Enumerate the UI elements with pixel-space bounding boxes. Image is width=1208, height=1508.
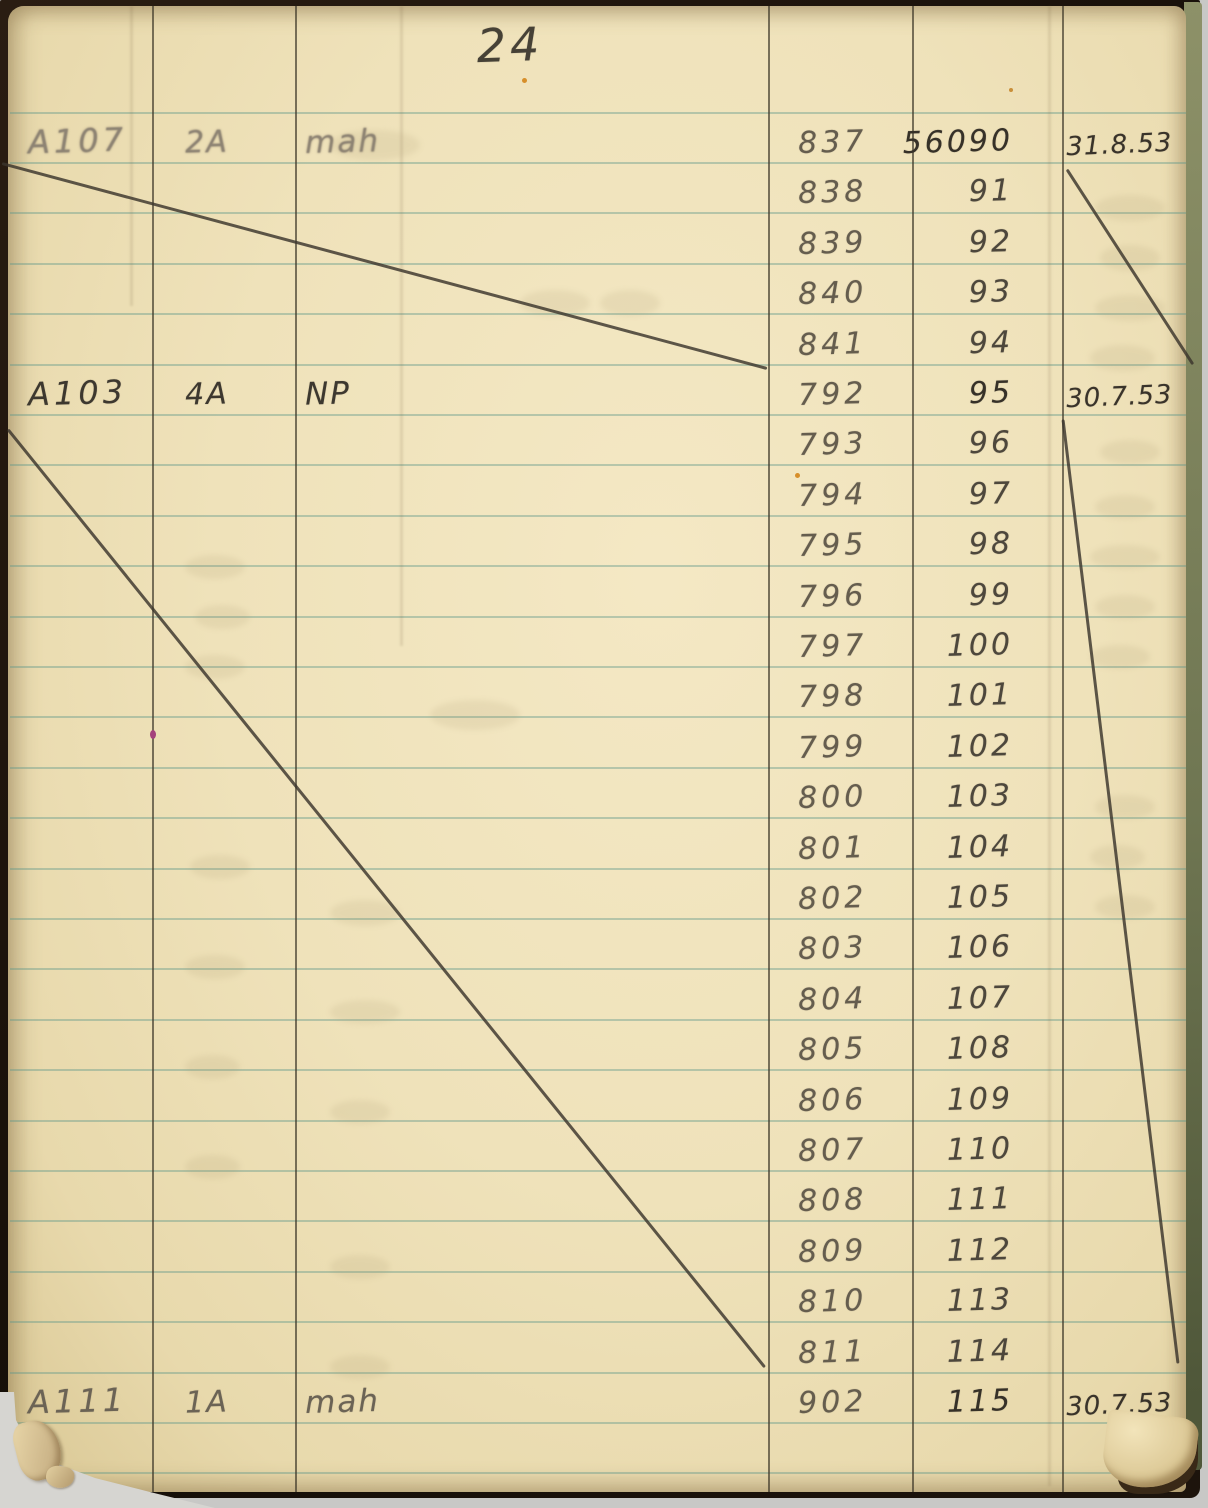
- serial-cell: 838: [797, 167, 867, 211]
- show-through-smudge: [1090, 545, 1160, 569]
- num-cell: 113: [872, 1275, 1013, 1321]
- show-through-smudge: [330, 1000, 400, 1024]
- show-through-smudge: [330, 1255, 390, 1279]
- num-cell: 98: [872, 519, 1013, 565]
- ref-cell: A111: [27, 1377, 127, 1422]
- horizontal-rule: [10, 1472, 1186, 1474]
- horizontal-rule: [10, 364, 1186, 366]
- serial-cell: 840: [797, 268, 867, 312]
- serial-cell: 795: [797, 520, 867, 564]
- show-through-smudge: [1095, 795, 1155, 819]
- column-rule: [152, 6, 154, 1492]
- num-cell: 97: [872, 469, 1013, 515]
- horizontal-rule: [10, 817, 1186, 819]
- serial-cell: 839: [797, 218, 867, 262]
- serial-cell: 809: [797, 1226, 867, 1270]
- serial-cell: 810: [797, 1276, 867, 1320]
- serial-cell: 902: [797, 1377, 867, 1421]
- serial-cell: 802: [797, 873, 867, 917]
- column-rule: [1062, 6, 1064, 1492]
- serial-cell: 797: [797, 621, 867, 665]
- show-through-smudge: [1095, 195, 1165, 221]
- horizontal-rule: [10, 162, 1186, 164]
- horizontal-rule: [10, 414, 1186, 416]
- num-cell: 112: [872, 1225, 1013, 1271]
- scanned-ledger-page: 24 A1072Amah8375609031.8.538389183992840…: [0, 0, 1208, 1508]
- num-cell: 105: [872, 872, 1013, 918]
- show-through-smudge: [190, 855, 250, 879]
- horizontal-rule: [10, 515, 1186, 517]
- paper-speck: [150, 730, 156, 739]
- serial-cell: 792: [797, 369, 867, 413]
- num-cell: 93: [872, 267, 1013, 313]
- num-cell: 99: [872, 570, 1013, 616]
- type-cell: mah: [304, 1377, 380, 1421]
- date-cell: 31.8.53: [1065, 116, 1173, 162]
- num-cell: 103: [872, 771, 1013, 817]
- serial-cell: 800: [797, 772, 867, 816]
- show-through-smudge: [1095, 595, 1155, 619]
- paper-crease: [130, 6, 133, 306]
- serial-cell: 798: [797, 671, 867, 715]
- num-cell: 109: [872, 1074, 1013, 1120]
- show-through-smudge: [600, 290, 660, 316]
- page-number: 24: [461, 14, 559, 75]
- num-cell: 106: [872, 922, 1013, 968]
- cls-cell: 1A: [184, 1377, 229, 1420]
- serial-cell: 841: [797, 319, 867, 363]
- num-cell: 96: [872, 418, 1013, 464]
- serial-cell: 801: [797, 823, 867, 867]
- horizontal-rule: [10, 1271, 1186, 1273]
- serial-cell: 793: [797, 419, 867, 463]
- horizontal-rule: [10, 918, 1186, 920]
- serial-cell: 799: [797, 722, 867, 766]
- show-through-smudge: [195, 605, 250, 629]
- type-cell: mah: [304, 117, 380, 161]
- column-rule: [295, 6, 297, 1492]
- serial-cell: 794: [797, 470, 867, 514]
- serial-cell: 796: [797, 571, 867, 615]
- paper-crease: [400, 6, 403, 646]
- horizontal-rule: [10, 1422, 1186, 1424]
- serial-cell: 811: [797, 1327, 867, 1371]
- show-through-smudge: [330, 1100, 390, 1124]
- horizontal-rule: [10, 1019, 1186, 1021]
- num-cell: 92: [872, 217, 1013, 263]
- serial-cell: 806: [797, 1075, 867, 1119]
- num-cell: 56090: [872, 116, 1013, 162]
- horizontal-rule: [10, 313, 1186, 315]
- show-through-smudge: [330, 1355, 390, 1379]
- show-through-smudge: [185, 955, 245, 979]
- horizontal-rule: [10, 263, 1186, 265]
- horizontal-rule: [10, 112, 1186, 114]
- serial-cell: 805: [797, 1024, 867, 1068]
- show-through-smudge: [430, 700, 520, 730]
- cls-cell: 2A: [184, 117, 229, 160]
- show-through-smudge: [1090, 645, 1150, 669]
- show-through-smudge: [185, 1055, 240, 1079]
- show-through-smudge: [1095, 495, 1155, 519]
- horizontal-rule: [10, 868, 1186, 870]
- num-cell: 94: [872, 318, 1013, 364]
- num-cell: 102: [872, 721, 1013, 767]
- serial-cell: 837: [797, 117, 867, 161]
- num-cell: 104: [872, 822, 1013, 868]
- serial-cell: 803: [797, 923, 867, 967]
- horizontal-rule: [10, 616, 1186, 618]
- ref-cell: A103: [27, 369, 127, 414]
- ref-cell: A107: [27, 117, 127, 162]
- show-through-smudge: [185, 555, 245, 579]
- num-cell: 95: [872, 368, 1013, 414]
- horizontal-rule: [10, 716, 1186, 718]
- show-through-smudge: [1090, 345, 1155, 371]
- paper-speck: [1009, 88, 1013, 92]
- show-through-smudge: [185, 1155, 240, 1179]
- num-cell: 114: [872, 1326, 1013, 1372]
- horizontal-rule: [10, 767, 1186, 769]
- column-rule: [768, 6, 770, 1492]
- horizontal-rule: [10, 1372, 1186, 1374]
- paper-crease: [1048, 6, 1051, 1486]
- date-cell: 30.7.53: [1065, 368, 1173, 414]
- horizontal-rule: [10, 1321, 1186, 1323]
- horizontal-rule: [10, 464, 1186, 466]
- serial-cell: 807: [797, 1125, 867, 1169]
- num-cell: 107: [872, 973, 1013, 1019]
- serial-cell: 804: [797, 974, 867, 1018]
- num-cell: 108: [872, 1023, 1013, 1069]
- num-cell: 111: [872, 1174, 1013, 1220]
- cls-cell: 4A: [184, 369, 229, 412]
- paper-speck: [522, 78, 527, 83]
- num-cell: 101: [872, 670, 1013, 716]
- adjacent-page-edge: [1184, 2, 1202, 1470]
- num-cell: 100: [872, 620, 1013, 666]
- horizontal-rule: [10, 1120, 1186, 1122]
- num-cell: 91: [872, 166, 1013, 212]
- num-cell: 115: [872, 1376, 1013, 1422]
- serial-cell: 808: [797, 1175, 867, 1219]
- show-through-smudge: [1100, 440, 1160, 464]
- horizontal-rule: [10, 1220, 1186, 1222]
- num-cell: 110: [872, 1124, 1013, 1170]
- type-cell: NP: [304, 369, 351, 412]
